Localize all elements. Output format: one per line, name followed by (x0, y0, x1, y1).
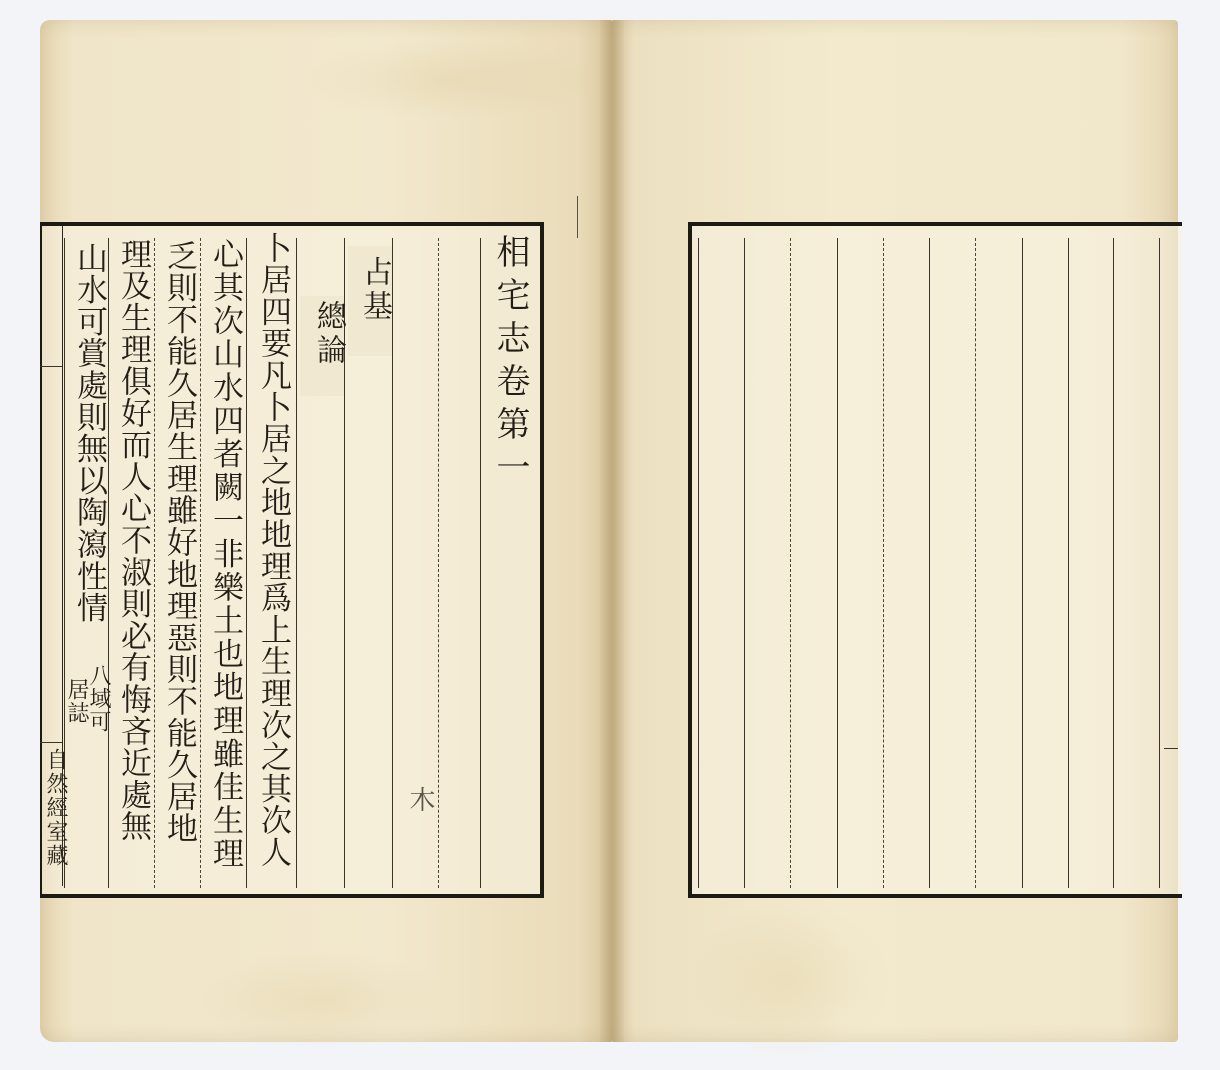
column-rule (790, 238, 791, 888)
paper-stain (190, 950, 450, 1050)
right-print-frame (688, 222, 1182, 898)
column-rule (975, 238, 976, 888)
column-rule (246, 238, 247, 888)
book-gutter (600, 20, 624, 1042)
subheading: 總論 (306, 300, 350, 368)
annotation-right: 八域可 (86, 664, 110, 733)
column-rule (392, 238, 393, 888)
text-column-1: 卜居四要凡卜居之地地理爲上生理次之其次人 (252, 232, 294, 868)
annotation-left: 居誌 (64, 678, 88, 724)
paper-stain (300, 40, 600, 120)
text-column-5: 山水可賞處則無以陶瀉性情 (68, 242, 110, 624)
faint-print-mark: 木 (398, 786, 442, 818)
column-rule (1068, 238, 1069, 888)
column-rule (296, 238, 297, 888)
column-rule (883, 238, 884, 888)
book-spread: 相宅志卷第一 占基 總論 木 卜居四要凡卜居之地地理爲上生理次之其次人 心其次山… (0, 0, 1220, 1070)
margin-tick (40, 742, 62, 743)
text-column-3: 乏則不能久居生理雖好地理惡則不能久居地 (158, 240, 200, 844)
margin-tick (40, 366, 62, 367)
column-rule (480, 238, 481, 888)
column-rule (200, 238, 201, 888)
text-column-4: 理及生理俱好而人心不淑則必有悔吝近處無 (112, 238, 154, 842)
collection-note: 自然經室藏 (40, 748, 71, 868)
margin-tick (1164, 748, 1178, 749)
column-rule (837, 238, 838, 888)
volume-title: 相宅志卷第一 (488, 234, 532, 492)
section-heading: 占基 (352, 256, 396, 324)
column-rule (744, 238, 745, 888)
column-rule (1113, 238, 1114, 888)
paper-stain (690, 900, 890, 1060)
column-rule (1022, 238, 1023, 888)
column-rule (929, 238, 930, 888)
text-column-2: 心其次山水四者闕一非樂土也地理雖佳生理 (204, 238, 246, 871)
column-rule (698, 238, 699, 888)
column-rule (154, 238, 155, 888)
column-rule (1159, 238, 1160, 888)
left-print-frame: 相宅志卷第一 占基 總論 木 卜居四要凡卜居之地地理爲上生理次之其次人 心其次山… (40, 222, 544, 898)
gutter-mark (577, 196, 578, 238)
